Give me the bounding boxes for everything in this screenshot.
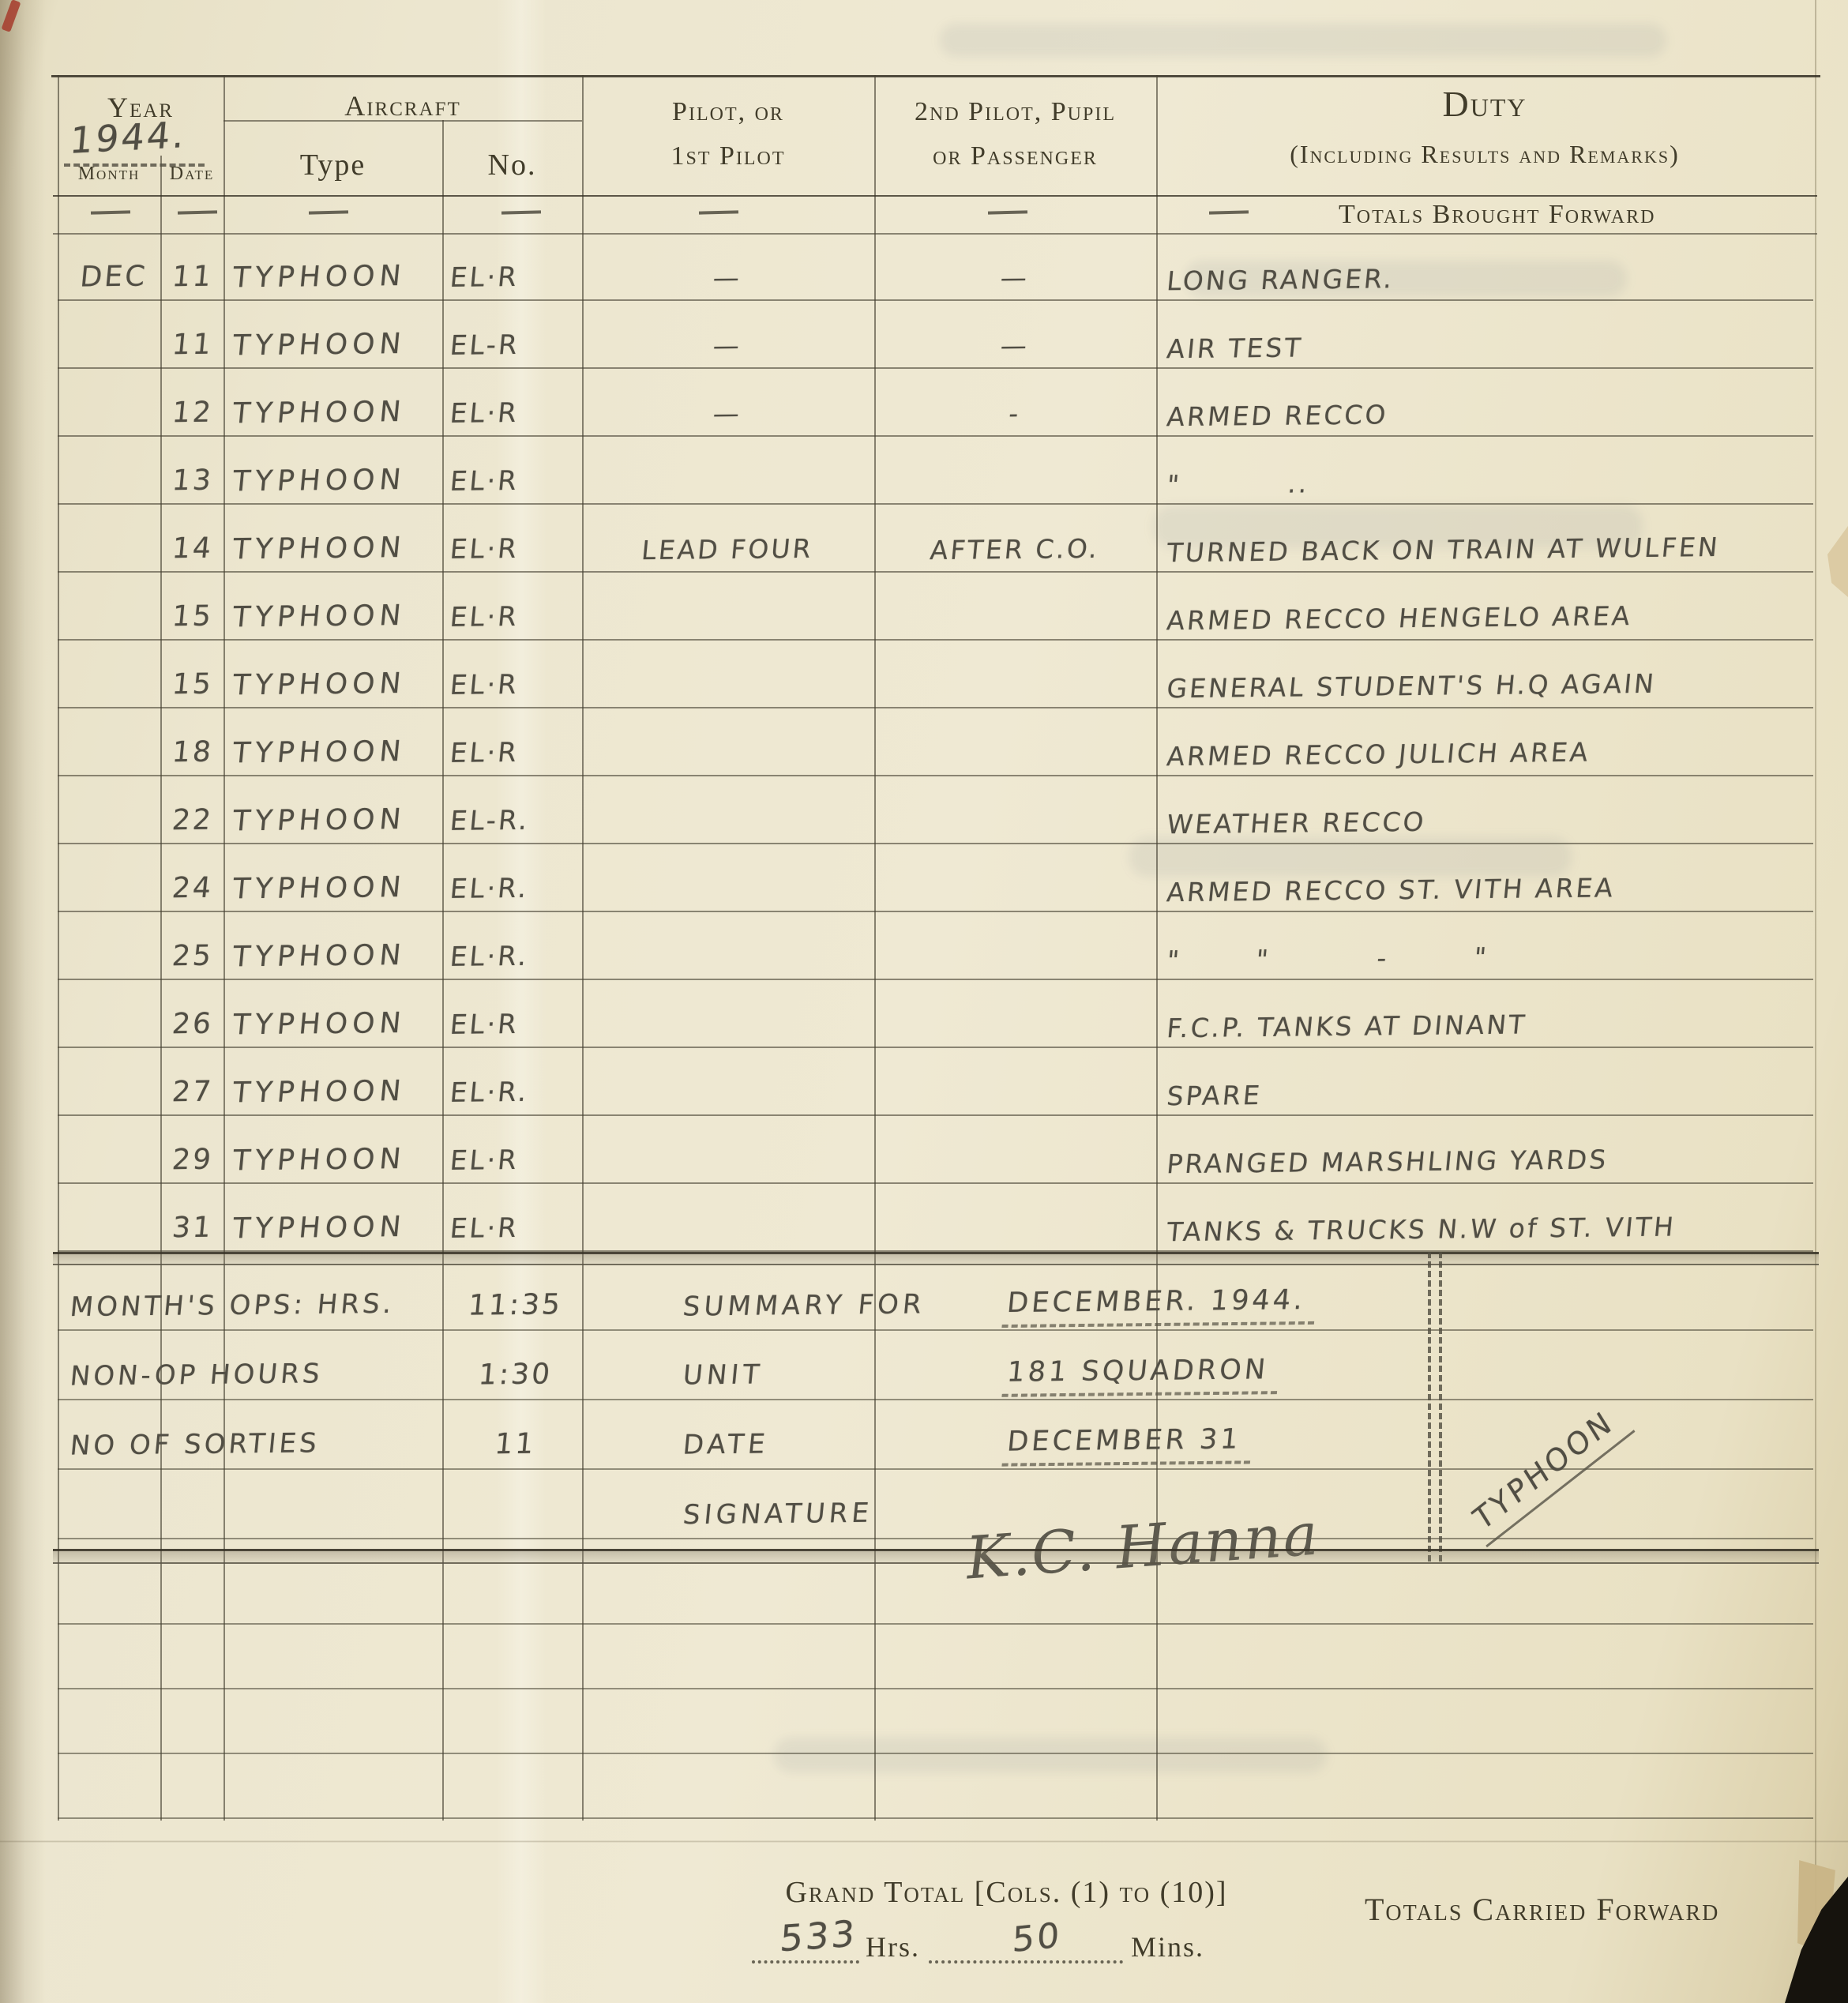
- date-cell: 27: [160, 1076, 225, 1109]
- horizontal-crease: [0, 1840, 1848, 1843]
- bleedthrough-mark: [940, 24, 1666, 57]
- duty-cell: " " - ": [1166, 938, 1813, 976]
- nil-dash: [91, 210, 130, 214]
- summary-value: 11:35: [445, 1288, 586, 1322]
- summary-field-name: DATE: [682, 1428, 770, 1460]
- pilot-cell: —: [584, 396, 871, 430]
- logbook-page: Year 1944. Month Date Aircraft Type No. …: [0, 0, 1848, 2003]
- second-pilot-cell: [877, 699, 1152, 702]
- aircraft-type-cell: TYPHOON: [231, 667, 441, 702]
- duty-cell: WEATHER RECCO: [1166, 802, 1813, 840]
- duty-cell: TANKS & TRUCKS N.W of ST. VITH: [1166, 1210, 1813, 1248]
- grand-total-label: Grand Total [Cols. (1) to (10)]: [752, 1875, 1261, 1910]
- torn-edge-nick: [1827, 526, 1848, 597]
- blank-row: [58, 1560, 1813, 1625]
- flight-row: 25 TYPHOON EL·R. " " - ": [58, 912, 1813, 980]
- totals-carried-forward-label: Totals Carried Forward: [1365, 1891, 1719, 1928]
- pilot-cell: [585, 699, 870, 702]
- minutes-unit-label: Mins.: [1131, 1930, 1204, 1964]
- aircraft-type-cell: TYPHOON: [231, 532, 441, 566]
- date-cell: 11: [160, 261, 225, 294]
- date-cell: 14: [160, 532, 225, 566]
- month-cell: [67, 428, 160, 429]
- pilot-column-header-line2: 1st Pilot: [582, 141, 874, 171]
- table-top-border: [51, 75, 1820, 77]
- month-cell: [67, 360, 160, 361]
- aircraft-no-cell: EL·R: [449, 532, 582, 566]
- second-pilot-cell: —: [876, 329, 1154, 363]
- flight-row: 18 TYPHOON EL·R ARMED RECCO JULICH AREA: [58, 708, 1813, 776]
- nil-dash: [988, 210, 1027, 214]
- second-pilot-cell: [877, 1174, 1152, 1178]
- duty-cell: GENERAL STUDENT'S H.Q AGAIN: [1166, 667, 1813, 705]
- summary-value: 1:30: [445, 1358, 586, 1392]
- date-column-header: Date: [160, 163, 223, 185]
- aircraft-type-cell: TYPHOON: [231, 396, 441, 430]
- grand-total-dotted-line: [752, 1960, 859, 1964]
- month-cell: [67, 768, 160, 769]
- aircraft-no-cell: EL·R: [449, 1212, 582, 1245]
- pilot-cell: [585, 631, 870, 634]
- flight-row: 27 TYPHOON EL·R. SPARE: [58, 1048, 1813, 1116]
- pilot-cell: [585, 1107, 870, 1110]
- duty-cell: TURNED BACK ON TRAIN AT WULFEN: [1166, 531, 1813, 569]
- date-cell: 31: [160, 1212, 225, 1245]
- logbook-table: Year 1944. Month Date Aircraft Type No. …: [58, 75, 1813, 1824]
- aircraft-type-cell: TYPHOON: [231, 735, 441, 770]
- date-cell: 15: [160, 600, 225, 633]
- aircraft-type-cell: TYPHOON: [231, 328, 441, 363]
- month-cell: [67, 496, 160, 497]
- monthly-summary: MONTH'S OPS: HRS. 11:35 SUMMARY FOR DECE…: [58, 1261, 1813, 1539]
- aircraft-no-cell: EL·R: [449, 261, 582, 294]
- blank-row: [58, 1625, 1813, 1689]
- second-pilot-cell: [877, 1107, 1152, 1110]
- flight-row: 14 TYPHOON EL·R LEAD FOUR AFTER C.O. TUR…: [58, 505, 1813, 573]
- month-cell: [67, 1039, 160, 1040]
- pilot-cell: [585, 495, 870, 498]
- duty-cell: SPARE: [1166, 1074, 1813, 1112]
- month-column-header: Month: [58, 163, 160, 185]
- second-pilot-cell: [877, 903, 1152, 906]
- month-cell: [67, 632, 160, 633]
- pilot-cell: [585, 1174, 870, 1178]
- aircraft-type-cell: TYPHOON: [231, 939, 441, 974]
- second-pilot-cell: [877, 1242, 1152, 1246]
- pilot-cell: [585, 903, 870, 906]
- summary-dashed-divider: [1439, 1252, 1442, 1561]
- date-cell: 12: [160, 396, 225, 430]
- aircraft-no-cell: EL·R: [449, 1008, 582, 1041]
- grand-total-minutes-value: 50: [1012, 1915, 1062, 1960]
- date-cell: 11: [160, 329, 225, 362]
- aircraft-type-cell: TYPHOON: [231, 1007, 441, 1042]
- pilot-cell: —: [584, 329, 871, 363]
- aircraft-type-cell: TYPHOON: [231, 871, 441, 906]
- pilot-cell: [585, 1242, 870, 1246]
- second-pilot-column-header-line2: or Passenger: [874, 141, 1156, 171]
- date-cell: 15: [160, 668, 225, 701]
- duty-cell: LONG RANGER.: [1166, 259, 1813, 297]
- date-cell: 24: [160, 872, 225, 905]
- flight-row: 31 TYPHOON EL·R TANKS & TRUCKS N.W of ST…: [58, 1184, 1813, 1252]
- grand-total-dotted-line: [929, 1960, 1123, 1964]
- aircraft-no-cell: EL-R.: [449, 804, 582, 837]
- pilot-cell: —: [584, 261, 871, 295]
- summary-field-name: SUMMARY FOR: [682, 1288, 926, 1322]
- no-column-header: No.: [442, 148, 582, 182]
- second-pilot-cell: -: [876, 396, 1154, 430]
- nil-dash: [309, 210, 348, 214]
- second-pilot-column-header-line1: 2nd Pilot, Pupil: [874, 97, 1156, 127]
- date-cell: 22: [160, 804, 225, 837]
- flight-row: 29 TYPHOON EL·R PRANGED MARSHLING YARDS: [58, 1116, 1813, 1184]
- duty-column-subheader: (Including Results and Remarks): [1156, 140, 1813, 169]
- pilot-cell: [585, 767, 870, 770]
- blank-row: [58, 1754, 1813, 1819]
- duty-cell: " ..: [1166, 463, 1813, 501]
- grand-total-hours-value: 533: [779, 1912, 858, 1960]
- month-cell: [67, 904, 160, 904]
- pilot-column-header-line1: Pilot, or: [582, 97, 874, 127]
- blank-rows: [58, 1560, 1813, 1819]
- date-cell: 18: [160, 736, 225, 769]
- flight-row: 26 TYPHOON EL·R F.C.P. TANKS AT DINANT: [58, 980, 1813, 1048]
- duty-cell: F.C.P. TANKS AT DINANT: [1166, 1006, 1813, 1044]
- pilot-cell: [585, 971, 870, 974]
- month-cell: [67, 1175, 160, 1176]
- nil-dash: [501, 210, 541, 214]
- nil-dash: [1209, 210, 1249, 214]
- aircraft-type-cell: TYPHOON: [231, 260, 441, 295]
- summary-field-value: DECEMBER 31: [1001, 1423, 1253, 1466]
- aircraft-column-header: Aircraft: [223, 89, 582, 122]
- aircraft-type-cell: TYPHOON: [231, 464, 441, 498]
- date-cell: 26: [160, 1008, 225, 1041]
- duty-cell: PRANGED MARSHLING YARDS: [1166, 1142, 1813, 1180]
- aircraft-type-cell: TYPHOON: [231, 1143, 441, 1178]
- hours-unit-label: Hrs.: [866, 1930, 920, 1964]
- summary-field-name: UNIT: [682, 1359, 764, 1391]
- nil-dash: [178, 210, 217, 214]
- aircraft-no-cell: EL·R.: [449, 940, 582, 973]
- month-cell: [67, 836, 160, 836]
- second-pilot-cell: [877, 1039, 1152, 1042]
- second-pilot-cell: [877, 631, 1152, 634]
- pilot-cell: LEAD FOUR: [584, 532, 871, 566]
- aircraft-type-cell: TYPHOON: [231, 1075, 441, 1110]
- summary-row: MONTH'S OPS: HRS. 11:35 SUMMARY FOR DECE…: [58, 1261, 1813, 1331]
- aircraft-no-cell: EL·R: [449, 1144, 582, 1177]
- month-cell: DEC: [66, 260, 162, 293]
- nil-dash: [699, 210, 738, 214]
- type-column-header: Type: [223, 148, 442, 182]
- second-pilot-cell: [877, 767, 1152, 770]
- blank-row: [58, 1689, 1813, 1754]
- second-pilot-cell: —: [876, 261, 1154, 295]
- month-cell: [67, 971, 160, 972]
- second-pilot-cell: AFTER C.O.: [876, 532, 1154, 566]
- aircraft-no-cell: EL·R: [449, 668, 582, 701]
- duty-column-header: Duty: [1156, 83, 1813, 125]
- page-gutter-shadow: [0, 0, 46, 2003]
- pilot-cell: [585, 1039, 870, 1042]
- date-cell: 29: [160, 1144, 225, 1177]
- aircraft-type-cell: TYPHOON: [231, 599, 441, 634]
- month-cell: [67, 1243, 160, 1244]
- flight-row: 12 TYPHOON EL·R — - ARMED RECCO: [58, 369, 1813, 437]
- summary-label: NON-OP HOURS: [69, 1358, 324, 1392]
- aircraft-no-cell: EL·R: [449, 736, 582, 769]
- summary-label: NO OF SORTIES: [69, 1427, 321, 1461]
- second-pilot-cell: [877, 971, 1152, 974]
- flight-rows: DEC 11 TYPHOON EL·R — — LONG RANGER. 11 …: [58, 233, 1813, 1252]
- month-cell: [67, 1107, 160, 1108]
- summary-field-name: SIGNATURE: [682, 1498, 874, 1531]
- aircraft-no-cell: EL·R: [449, 464, 582, 498]
- flight-row: 15 TYPHOON EL·R GENERAL STUDENT'S H.Q AG…: [58, 641, 1813, 708]
- month-cell: [67, 700, 160, 701]
- duty-cell: ARMED RECCO ST. VITH AREA: [1166, 870, 1813, 908]
- summary-dashed-divider: [1428, 1252, 1431, 1561]
- flight-row: 24 TYPHOON EL·R. ARMED RECCO ST. VITH AR…: [58, 844, 1813, 912]
- duty-cell: ARMED RECCO HENGELO AREA: [1166, 599, 1813, 637]
- aircraft-type-cell: TYPHOON: [231, 1211, 441, 1246]
- aircraft-type-cell: TYPHOON: [231, 803, 441, 838]
- aircraft-no-cell: EL·R.: [449, 1076, 582, 1109]
- year-value: 1944.: [68, 113, 188, 162]
- date-cell: 13: [160, 464, 225, 498]
- flight-row: 11 TYPHOON EL-R — — AIR TEST: [58, 301, 1813, 369]
- pilot-cell: [585, 835, 870, 838]
- flight-row: 22 TYPHOON EL-R. WEATHER RECCO: [58, 776, 1813, 844]
- duty-cell: ARMED RECCO: [1166, 395, 1813, 433]
- summary-label: MONTH'S OPS: HRS.: [69, 1288, 396, 1323]
- totals-brought-forward-row: Totals Brought Forward: [58, 195, 1813, 233]
- aircraft-no-cell: EL-R: [449, 329, 582, 362]
- summary-row: NON-OP HOURS 1:30 UNIT 181 SQUADRON: [58, 1331, 1813, 1400]
- duty-cell: AIR TEST: [1166, 327, 1813, 365]
- page-edge-line: [1815, 0, 1816, 2003]
- summary-value: 11: [445, 1427, 586, 1461]
- flight-row: DEC 11 TYPHOON EL·R — — LONG RANGER.: [58, 233, 1813, 301]
- flight-row: 13 TYPHOON EL·R " ..: [58, 437, 1813, 505]
- aircraft-no-cell: EL·R: [449, 600, 582, 633]
- summary-value: [446, 1529, 584, 1531]
- duty-cell: ARMED RECCO JULICH AREA: [1166, 735, 1813, 772]
- summary-field-value: 181 SQUADRON: [1001, 1354, 1280, 1397]
- aircraft-no-cell: EL·R.: [449, 872, 582, 905]
- totals-brought-forward-label: Totals Brought Forward: [1339, 200, 1655, 230]
- aircraft-no-cell: EL·R: [449, 396, 582, 430]
- second-pilot-cell: [877, 495, 1152, 498]
- second-pilot-cell: [877, 835, 1152, 838]
- summary-field-value: DECEMBER. 1944.: [1001, 1284, 1318, 1328]
- month-cell: [67, 564, 160, 565]
- date-cell: 25: [160, 940, 225, 973]
- flight-row: 15 TYPHOON EL·R ARMED RECCO HENGELO AREA: [58, 573, 1813, 641]
